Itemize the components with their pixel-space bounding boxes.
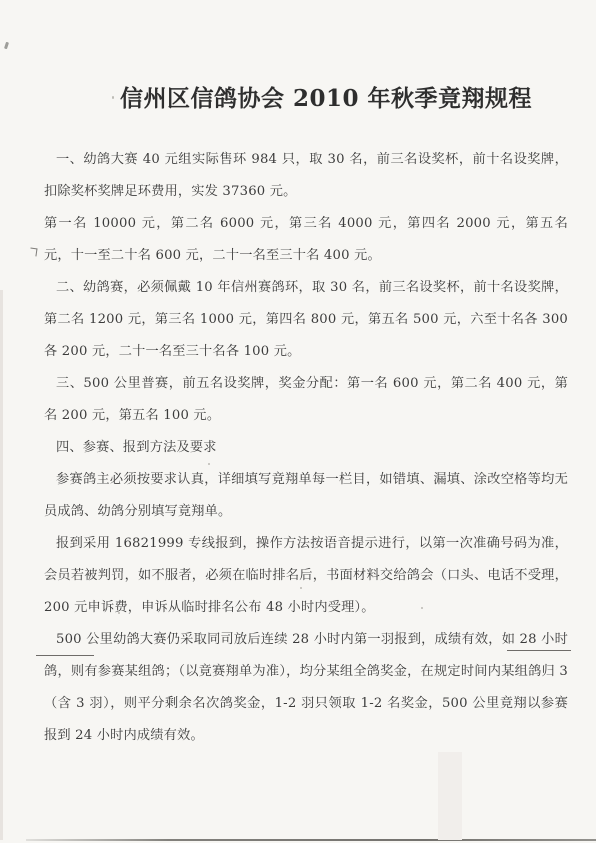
text-line: 参赛鸽主必须按要求认真，详细填写竟翔单每一栏目，如错填、漏填、涂改空格等均无效。… (44, 464, 568, 496)
document-title: 信州区信鸽协会 2010 年秋季竟翔规程 (0, 84, 596, 114)
text-line: （含 3 羽），则平分剩余名次鸽奖金，1-2 羽只领取 1-2 名奖金，500 … (44, 688, 568, 720)
text-line: 鸽，则有参赛某组鸽；（以竟赛翔单为准），均分某组全鸽奖金，在规定时间内某组鸽归 … (44, 656, 568, 688)
scan-left-streak (0, 290, 3, 840)
text-line: 200 元申诉费，申诉从临时排名公布 48 小时内受理）。 (44, 592, 568, 624)
text-line: 会员若被判罚，如不服者，必须在临时排名后，书面材料交给鸽会（口头、电话不受理，同… (44, 560, 568, 592)
scan-right-streak (438, 752, 462, 840)
text-line: 500 公里幼鸽大赛仍采取同司放后连续 28 小时内第一羽报到，成绩有效，如 2… (44, 624, 568, 656)
scan-stray-mark (29, 248, 37, 257)
text-line: 各 200 元，二十一名至三十名各 100 元。 (44, 336, 568, 368)
text-line: 元，十一至二十名 600 元，二十一名至三十名 400 元。 (44, 240, 568, 272)
text-line: 报到 24 小时内成绩有效。 (44, 720, 568, 752)
scan-smudge (4, 42, 9, 50)
text-line: 二、幼鸽赛，必须佩戴 10 年信州赛鸽环，取 30 名，前三名设奖杯，前十名设奖… (44, 272, 568, 304)
scanned-page: 信州区信鸽协会 2010 年秋季竟翔规程 一、幼鸽大赛 40 元组实际售环 98… (0, 0, 596, 843)
text-line: 第一名 10000 元，第二名 6000 元，第三名 4000 元，第四名 20… (44, 208, 568, 240)
text-line: 三、500 公里普赛，前五名设奖牌，奖金分配：第一名 600 元，第二名 400… (44, 368, 568, 400)
text-line: 名 200 元，第五名 100 元。 (44, 400, 568, 432)
text-line: 第二名 1200 元，第三名 1000 元，第四名 800 元，第五名 500 … (44, 304, 568, 336)
text-line: 一、幼鸽大赛 40 元组实际售环 984 只，取 30 名，前三名设奖杯，前十名… (44, 144, 568, 176)
text-line: 扣除奖杯奖牌足环费用，实发 37360 元。 (44, 176, 568, 208)
text-line: 员成鸽、幼鸽分别填写竟翔单。 (44, 496, 568, 528)
text-line: 报到采用 16821999 专线报到，操作方法按语音提示进行，以第一次准确号码为… (44, 528, 568, 560)
document-body: 一、幼鸽大赛 40 元组实际售环 984 只，取 30 名，前三名设奖杯，前十名… (44, 144, 568, 752)
text-line: 四、参赛、报到方法及要求 (44, 432, 568, 464)
scan-bottom-edge (26, 839, 596, 841)
